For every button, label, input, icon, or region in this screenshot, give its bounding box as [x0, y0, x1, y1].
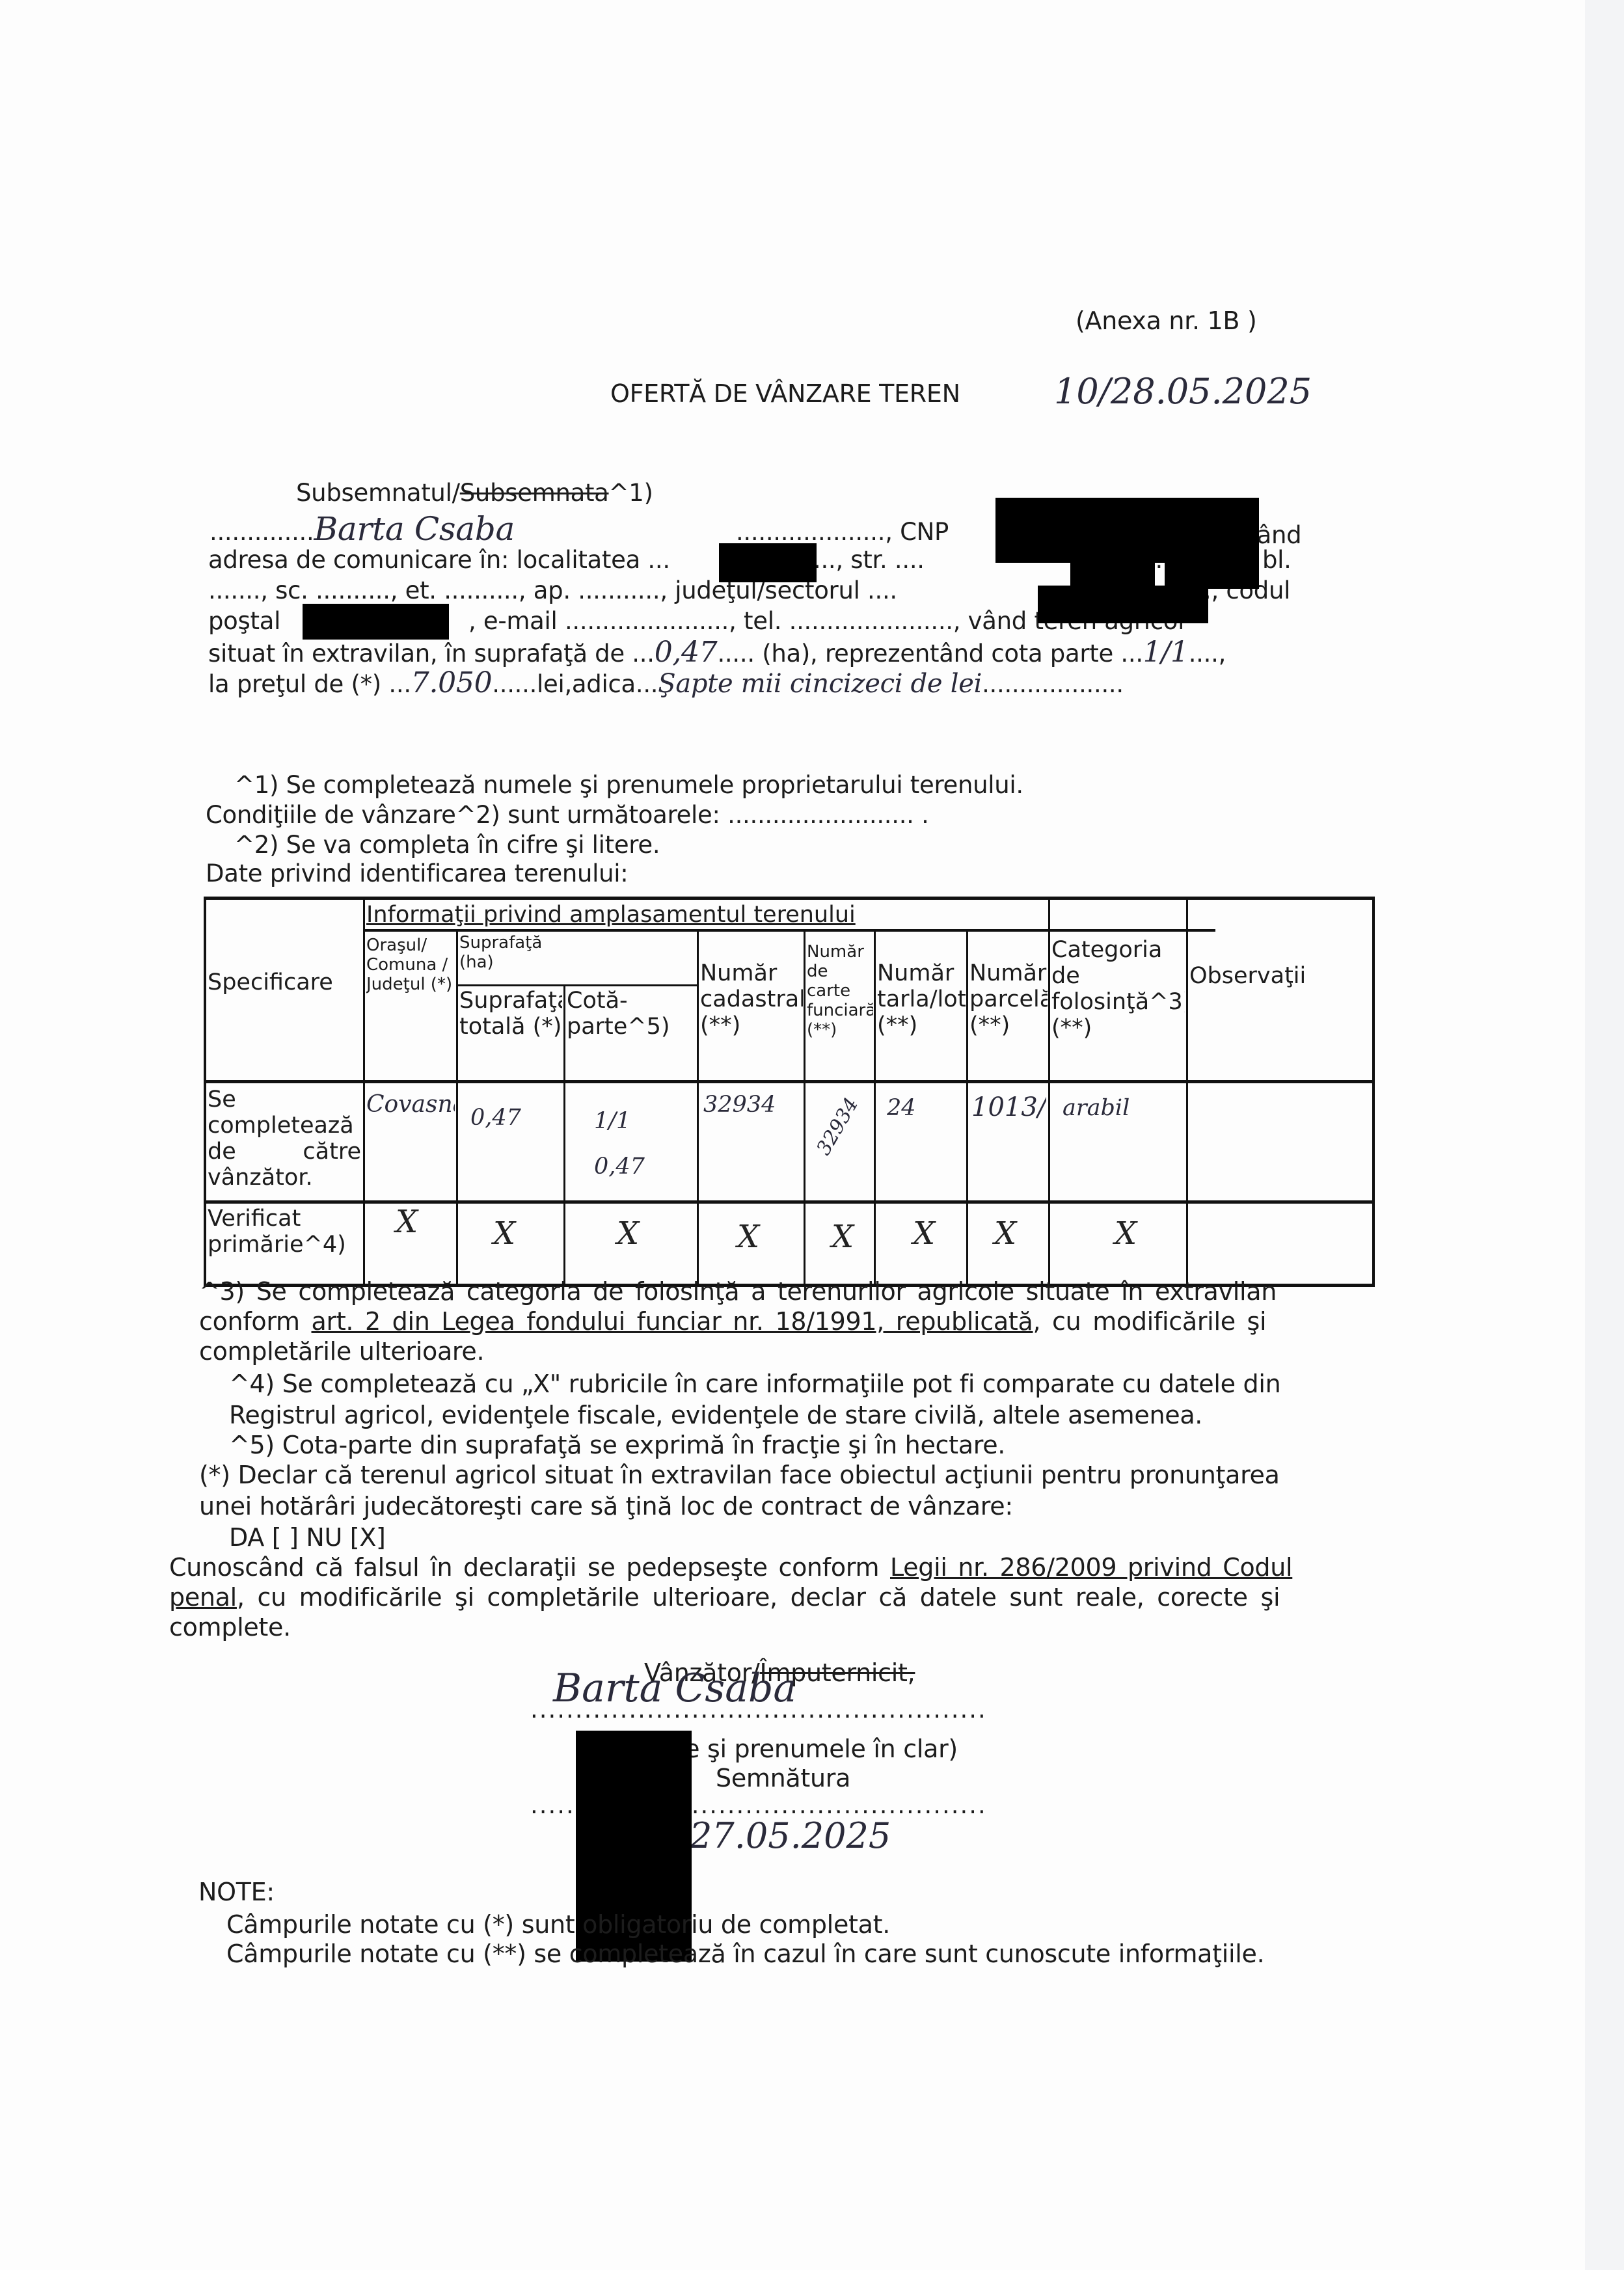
header-suprafata-totala: Suprafaţa totală (*)	[459, 988, 562, 1079]
header-numar-carte-funciara: Număr de carte funciară (**)	[807, 942, 873, 1079]
header-suprafata-group: Suprafaţă (ha)	[459, 933, 563, 972]
footnote-2: ^2) Se va completa în cifre şi litere.	[234, 830, 660, 860]
header-group-amplasament: Informaţii privind amplasamentul terenul…	[366, 902, 1043, 928]
document-title: OFERTĂ DE VÂNZARE TEREN	[610, 379, 960, 409]
text: , cu modificările şi	[1033, 1307, 1266, 1336]
cell-numar-parcela: 1013/2/21	[971, 1092, 1046, 1123]
check-mark-categoria: X	[1115, 1215, 1137, 1252]
false-declaration-line-b: penal, cu modificările şi completările u…	[169, 1582, 1280, 1612]
quota-label: ..... (ha), reprezentând cota parte ...	[717, 640, 1143, 668]
note-1: Câmpurile notate cu (*) sunt obligatoriu…	[226, 1910, 890, 1939]
penal-code-link[interactable]: penal	[169, 1583, 237, 1612]
text: conform	[199, 1307, 312, 1336]
address-line-d: bl.	[1262, 545, 1292, 575]
da-nu-checkbox[interactable]: DA [ ] NU [X]	[229, 1522, 386, 1552]
text: , cu modificările şi completările ulteri…	[237, 1583, 1280, 1612]
price-words-handwritten: Şapte mii cincizeci de lei	[658, 669, 982, 699]
footnote-4-line-a: ^4) Se completează cu „X" rubricile în c…	[229, 1369, 1280, 1399]
subsemnatul-line: Subsemnatul/Subsemnata^1)	[296, 478, 653, 508]
postal-label: poştal	[208, 606, 280, 636]
header-cota-parte: Cotă-parte^5)	[567, 988, 696, 1079]
note-2: Câmpurile notate cu (**) se completează …	[226, 1939, 1264, 1969]
law-18-1991-link[interactable]: art. 2 din Legea fondului funciar nr. 18…	[312, 1307, 1033, 1336]
check-mark-tarla: X	[913, 1215, 935, 1252]
header-oras-comuna-judet: Oraşul/ Comuna / Judeţul (*)	[366, 936, 454, 1079]
row-label-verificat-primarie: Verificat primărie^4)	[208, 1206, 361, 1258]
header-numar-cadastral: Număr cadastral (**)	[700, 960, 803, 1077]
scanned-document-page: (Anexa nr. 1B ) OFERTĂ DE VÂNZARE TEREN …	[0, 0, 1624, 2270]
sale-conditions: Condiţiile de vânzare^2) sunt următoarel…	[206, 800, 929, 830]
footnote-ref-1: ^1)	[609, 479, 653, 507]
footnote-3-line-a: ^3) Se completează categoria de folosinţ…	[199, 1277, 1370, 1306]
check-mark-carte-funciara: X	[832, 1219, 854, 1255]
check-mark-oras: X	[396, 1204, 418, 1240]
redaction-county	[1038, 586, 1208, 623]
header-observatii: Observaţii	[1189, 963, 1319, 989]
text: Cunoscând că falsul în declaraţii se ped…	[169, 1553, 890, 1582]
redaction-street	[1070, 550, 1155, 589]
header-specificare: Specificare	[208, 969, 361, 995]
cell-numar-cadastral: 32934	[703, 1092, 801, 1118]
cnp-label: ...................., CNP	[736, 518, 949, 546]
cell-cota-parte: 1/1 0,47	[594, 1098, 659, 1189]
declaration-line-b: unei hotărâri judecătoreşti care să ţină…	[199, 1491, 1013, 1521]
declaration-line-a: (*) Declar că terenul agricol situat în …	[199, 1460, 1280, 1490]
false-declaration-line-a: Cunoscând că falsul în declaraţii se ped…	[169, 1552, 1292, 1582]
check-mark-parcela: X	[994, 1215, 1016, 1252]
registration-number-handwritten: 10/28.05.2025	[1054, 371, 1312, 412]
surface-handwritten: 0,47	[655, 636, 718, 669]
subsemnata-struck: Subsemnata	[460, 479, 609, 507]
footnote-3-line-c: completările ulterioare.	[199, 1336, 484, 1366]
redaction-signature-upper	[576, 1731, 692, 1848]
header-numar-tarla: Număr tarla/lot (**)	[877, 960, 966, 1077]
date-handwritten: 27.05.2025	[690, 1815, 891, 1856]
cell-suprafata-totala: 0,47	[470, 1105, 562, 1131]
dots: ...................	[982, 670, 1124, 698]
price-handwritten: 7.050	[411, 666, 492, 699]
address-line-b: ..., str. ....	[813, 545, 925, 575]
notes-title: NOTE:	[198, 1877, 275, 1907]
row-label-vanzator: Se completează de către vânzător.	[208, 1087, 361, 1191]
check-mark-cota: X	[617, 1215, 639, 1252]
name-line: ..............Barta Csaba...............…	[210, 514, 949, 547]
footnote-3-line-b: conform art. 2 din Legea fondului funcia…	[199, 1306, 1266, 1336]
footnote-1: ^1) Se completează numele şi prenumele p…	[234, 770, 1023, 800]
header-numar-parcela: Număr parcelă (**)	[969, 960, 1048, 1077]
surface-line: situat în extravilan, în suprafaţă de ..…	[208, 638, 1226, 669]
redaction-number	[1165, 520, 1259, 589]
dots: ....,	[1189, 640, 1226, 668]
header-categoria-folosinta: Categoria de folosinţă^3) (**)	[1051, 937, 1185, 1077]
check-mark-cadastral: X	[737, 1219, 759, 1255]
footnote-5: ^5) Cota-parte din suprafaţă se exprimă …	[229, 1430, 1005, 1460]
footnote-4-line-b: Registrul agricol, evidenţele fiscale, e…	[229, 1400, 1202, 1430]
dots: ..............	[210, 518, 314, 546]
cell-oras: Covasna	[366, 1092, 455, 1118]
scan-edge-shadow	[1585, 0, 1624, 2270]
name-dots: ........................................…	[530, 1695, 987, 1725]
subsemnatul-label: Subsemnatul/	[296, 479, 460, 507]
address-line-a: adresa de comunicare în: localitatea ...	[208, 545, 670, 575]
identification-heading: Date privind identificarea terenului:	[206, 859, 628, 889]
land-identification-table: Specificare Informaţii privind amplasame…	[204, 897, 1375, 1287]
cell-numar-carte-funciara: 32934	[811, 1088, 868, 1160]
semnatura-label: Semnătura	[716, 1763, 850, 1793]
price-label: la preţul de (*) ...	[208, 670, 411, 698]
cell-categoria: arabil	[1062, 1095, 1183, 1121]
cell-numar-tarla: 24	[887, 1095, 965, 1121]
surface-label: situat în extravilan, în suprafaţă de ..…	[208, 640, 655, 668]
quota-handwritten: 1/1	[1143, 636, 1189, 669]
check-mark-suprafata: X	[493, 1215, 515, 1252]
false-declaration-line-c: complete.	[169, 1612, 291, 1642]
annex-label: (Anexa nr. 1B )	[1076, 306, 1257, 336]
redaction-locality	[719, 543, 817, 582]
law-286-2009-link[interactable]: Legii nr. 286/2009 privind Codul	[890, 1553, 1292, 1582]
redaction-postal-code	[303, 604, 449, 640]
price-words-label: ......lei,adica...	[492, 670, 658, 698]
owner-name-handwritten: Barta Csaba	[314, 510, 515, 548]
price-line: la preţul de (*) ...7.050......lei,adica…	[208, 668, 1124, 699]
